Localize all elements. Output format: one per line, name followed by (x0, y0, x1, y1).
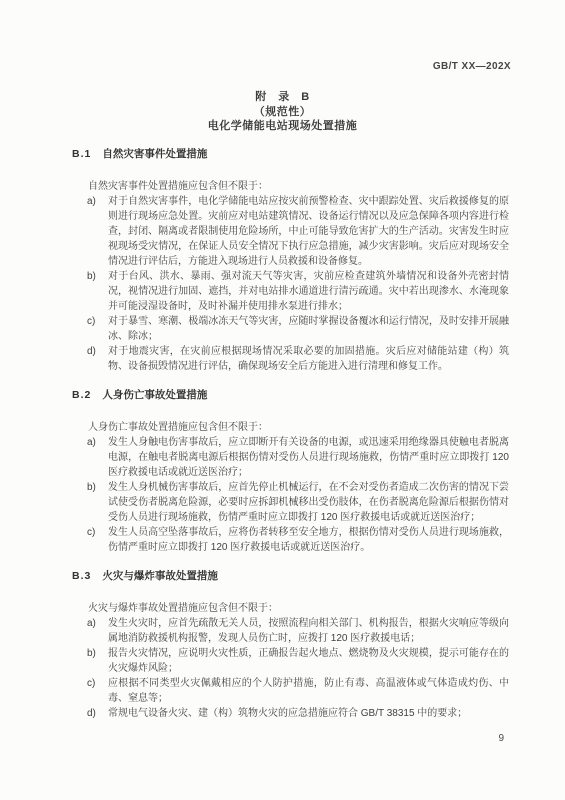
doc-code-header: GB/T XX—202X (433, 61, 511, 72)
item-list: a) 发生火灾时，应首先疏散无关人员，按照流程向相关部门、机构报告，根据火灾响应… (72, 616, 509, 721)
section: B.3 火灾与爆炸事故处置措施 火灾与爆炸事故处置措施应包含但不限于： a) 发… (72, 570, 509, 721)
item-text: 发生人员高空坠落事故后，应将伤者转移至安全地方，根据伤情对受伤人员进行现场施救，… (108, 527, 509, 553)
list-item: c) 应根据不同类型火灾佩戴相应的个人防护措施，防止有毒、高温液体或气体造成灼伤… (72, 676, 509, 706)
item-text: 发生人身机械伤害事故后，应首先停止机械运行，在不会对受伤者造成二次伤害的情况下尝… (108, 482, 509, 523)
appendix-title: 附 录 B (0, 90, 565, 105)
item-text: 报告火灾情况，应说明火灾性质，正确报告起火地点、燃烧物及火灾规模，提示可能存在的… (108, 648, 509, 674)
page-number: 9 (498, 733, 504, 744)
item-label: d) (87, 344, 96, 359)
section-heading: B.3 火灾与爆炸事故处置措施 (72, 570, 509, 583)
item-text: 应根据不同类型火灾佩戴相应的个人防护措施，防止有毒、高温液体或气体造成灼伤、中毒… (108, 678, 509, 704)
section: B.1 自然灾害事件处置措施 自然灾害事件处置措施应包含但不限于： a) 对于自… (72, 148, 509, 374)
item-label: c) (87, 525, 95, 540)
item-label: a) (87, 194, 96, 209)
item-text: 对于暴雪、寒潮、极端冰冻天气等灾害，应随时掌握设备覆冰和运行情况，及时安排开展融… (108, 316, 509, 342)
item-label: c) (87, 676, 95, 691)
section-number: B.3 (72, 570, 91, 583)
section-number: B.1 (72, 148, 91, 161)
item-text: 发生人身触电伤害事故后，应立即断开有关设备的电源，或迅速采用绝缘器具使触电者脱离… (108, 437, 509, 478)
list-item: c) 对于暴雪、寒潮、极端冰冻天气等灾害，应随时掌握设备覆冰和运行情况，及时安排… (72, 314, 509, 344)
section: B.2 人身伤亡事故处置措施 人身伤亡事故处置措施应包含但不限于： a) 发生人… (72, 389, 509, 555)
section-intro: 人身伤亡事故处置措施应包含但不限于： (88, 420, 509, 435)
appendix-normative-label: （规范性） (0, 105, 565, 120)
section-heading: B.2 人身伤亡事故处置措施 (72, 389, 509, 402)
item-text: 常规电气设备火灾、建（构）筑物火灾的应急措施应符合 GB/T 38315 中的要… (108, 708, 467, 719)
list-item: c) 发生人员高空坠落事故后，应将伤者转移至安全地方，根据伤情对受伤人员进行现场… (72, 525, 509, 555)
item-list: a) 对于自然灾害事件，电化学储能电站应按灾前预警检查、灾中跟踪处置、灾后救援修… (72, 194, 509, 374)
item-label: a) (87, 435, 96, 450)
item-text: 对于地震灾害，在灾前应根据现场情况采取必要的加固措施。灾后应对储能站建（构）筑物… (108, 346, 509, 372)
document-page: GB/T XX—202X 附 录 B （规范性） 电化学储能电站现场处置措施 B… (0, 0, 565, 800)
section-title: 自然灾害事件处置措施 (102, 148, 207, 161)
list-item: a) 对于自然灾害事件，电化学储能电站应按灾前预警检查、灾中跟踪处置、灾后救援修… (72, 194, 509, 269)
list-item: b) 报告火灾情况，应说明火灾性质，正确报告起火地点、燃烧物及火灾规模，提示可能… (72, 646, 509, 676)
section-title: 人身伤亡事故处置措施 (102, 389, 207, 402)
item-text: 发生火灾时，应首先疏散无关人员，按照流程向相关部门、机构报告，根据火灾响应等级向… (108, 618, 509, 644)
appendix-subject: 电化学储能电站现场处置措施 (0, 119, 565, 134)
item-text: 对于台风、洪水、暴雨、强对流天气等灾害，灾前应检查建筑外墙情况和设备外壳密封情况… (108, 271, 509, 312)
section-heading: B.1 自然灾害事件处置措施 (72, 148, 509, 161)
item-label: c) (87, 314, 95, 329)
list-item: b) 对于台风、洪水、暴雨、强对流天气等灾害，灾前应检查建筑外墙情况和设备外壳密… (72, 269, 509, 314)
list-item: d) 对于地震灾害，在灾前应根据现场情况采取必要的加固措施。灾后应对储能站建（构… (72, 344, 509, 374)
list-item: d) 常规电气设备火灾、建（构）筑物火灾的应急措施应符合 GB/T 38315 … (72, 706, 509, 721)
section-intro: 自然灾害事件处置措施应包含但不限于： (88, 179, 509, 194)
item-label: a) (87, 616, 96, 631)
appendix-title-block: 附 录 B （规范性） 电化学储能电站现场处置措施 (0, 90, 565, 134)
section-intro: 火灾与爆炸事故处置措施应包含但不限于： (88, 601, 509, 616)
item-label: b) (87, 646, 96, 661)
item-label: b) (87, 480, 96, 495)
item-list: a) 发生人身触电伤害事故后，应立即断开有关设备的电源，或迅速采用绝缘器具使触电… (72, 435, 509, 555)
list-item: a) 发生火灾时，应首先疏散无关人员，按照流程向相关部门、机构报告，根据火灾响应… (72, 616, 509, 646)
item-text: 对于自然灾害事件，电化学储能电站应按灾前预警检查、灾中跟踪处置、灾后救援修复的原… (108, 196, 509, 267)
sections: B.1 自然灾害事件处置措施 自然灾害事件处置措施应包含但不限于： a) 对于自… (72, 148, 509, 721)
section-number: B.2 (72, 389, 91, 402)
item-label: b) (87, 269, 96, 284)
section-title: 火灾与爆炸事故处置措施 (102, 570, 218, 583)
list-item: b) 发生人身机械伤害事故后，应首先停止机械运行，在不会对受伤者造成二次伤害的情… (72, 480, 509, 525)
item-label: d) (87, 706, 96, 721)
list-item: a) 发生人身触电伤害事故后，应立即断开有关设备的电源，或迅速采用绝缘器具使触电… (72, 435, 509, 480)
